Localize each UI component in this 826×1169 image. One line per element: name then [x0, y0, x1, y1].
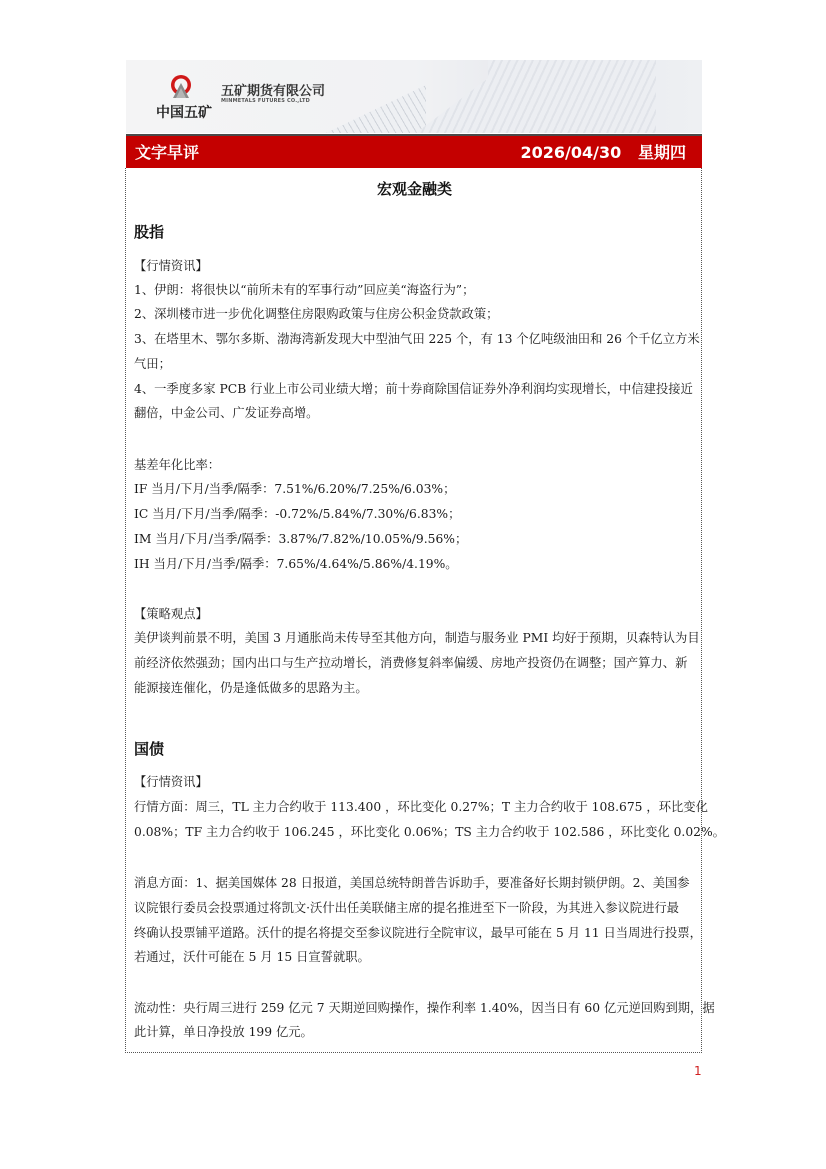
strategy-line: 前经济依然强劲；国内出口与生产拉动增长，消费修复斜率偏缓、房地产投资仍在调整；国…	[134, 651, 694, 676]
news-label: 【行情资讯】	[134, 254, 694, 279]
strategy-label: 【策略观点】	[134, 602, 694, 627]
news-item: 1、伊朗：将很快以“前所未有的军事行动”回应美“海盗行为”；	[134, 278, 694, 303]
basis-row-ih: IH 当月/下月/当季/隔季：7.65%/4.64%/5.86%/4.19%。	[134, 552, 694, 577]
basis-row-im: IM 当月/下月/当季/隔季：3.87%/7.82%/10.05%/9.56%；	[134, 527, 694, 552]
logo-text: 中国五矿	[156, 102, 212, 122]
date-value: 2026/04/30	[521, 143, 622, 162]
banner-decoration	[326, 85, 426, 133]
section-title-treasury: 国债	[134, 738, 164, 759]
market-line: 行情方面：周三，TL 主力合约收于 113.400 ，环比变化 0.27%；T …	[134, 795, 694, 820]
news-line: 议院银行委员会投票通过将凯文·沃什出任美联储主席的提名推进至下一阶段，为其进入参…	[134, 896, 694, 921]
liquidity-line: 此计算，单日净投放 199 亿元。	[134, 1020, 694, 1045]
news-item: 4、一季度多家 PCB 行业上市公司业绩大增；前十券商除国信证券外净利润均实现增…	[134, 377, 694, 402]
news-line: 终确认投票铺平道路。沃什的提名将提交至参议院进行全院审议，最早可能在 5 月 1…	[134, 921, 694, 946]
minmetals-emblem-icon	[168, 74, 194, 100]
news-label: 【行情资讯】	[134, 770, 694, 795]
weekday-value: 星期四	[638, 143, 686, 162]
header-banner: 中国五矿 五矿期货有限公司 MINMETALS FUTURES CO.,LTD	[126, 60, 702, 133]
company-name-cn: 五矿期货有限公司	[221, 80, 325, 99]
banner-building-graphic	[416, 60, 656, 133]
report-type-label: 文字早评	[135, 140, 199, 163]
basis-label: 基差年化比率：	[134, 453, 694, 478]
news-item-continued: 翻倍，中金公司、广发证券高增。	[134, 401, 694, 426]
news-item-continued: 气田；	[134, 352, 694, 377]
news-line: 消息方面：1、据美国媒体 28 日报道，美国总统特朗普告诉助手，要准备好长期封锁…	[134, 871, 694, 896]
news-item: 2、深圳楼市进一步优化调整住房限购政策与住房公积金贷款政策；	[134, 302, 694, 327]
title-bar: 文字早评 2026/04/30 星期四	[126, 134, 702, 168]
market-line: 0.08%；TF 主力合约收于 106.245 ，环比变化 0.06%；TS 主…	[134, 820, 694, 845]
page-number: 1	[694, 1064, 702, 1078]
page-title: 宏观金融类	[126, 178, 703, 199]
news-item: 3、在塔里木、鄂尔多斯、渤海湾新发现大中型油气田 225 个，有 13 个亿吨级…	[134, 327, 694, 352]
liquidity-line: 流动性：央行周三进行 259 亿元 7 天期逆回购操作，操作利率 1.40%，因…	[134, 996, 694, 1021]
news-line: 若通过，沃什可能在 5 月 15 日宣誓就职。	[134, 945, 694, 970]
content-box: 宏观金融类 股指 【行情资讯】 1、伊朗：将很快以“前所未有的军事行动”回应美“…	[125, 168, 702, 1053]
basis-row-ic: IC 当月/下月/当季/隔季：-0.72%/5.84%/7.30%/6.83%；	[134, 502, 694, 527]
strategy-line: 能源接连催化，仍是逢低做多的思路为主。	[134, 676, 694, 701]
report-date: 2026/04/30 星期四	[521, 140, 686, 163]
company-name-en: MINMETALS FUTURES CO.,LTD	[221, 98, 310, 104]
strategy-line: 美伊谈判前景不明，美国 3 月通胀尚未传导至其他方向，制造与服务业 PMI 均好…	[134, 626, 694, 651]
section-title-stock-index: 股指	[134, 221, 164, 242]
basis-row-if: IF 当月/下月/当季/隔季：7.51%/6.20%/7.25%/6.03%；	[134, 477, 694, 502]
